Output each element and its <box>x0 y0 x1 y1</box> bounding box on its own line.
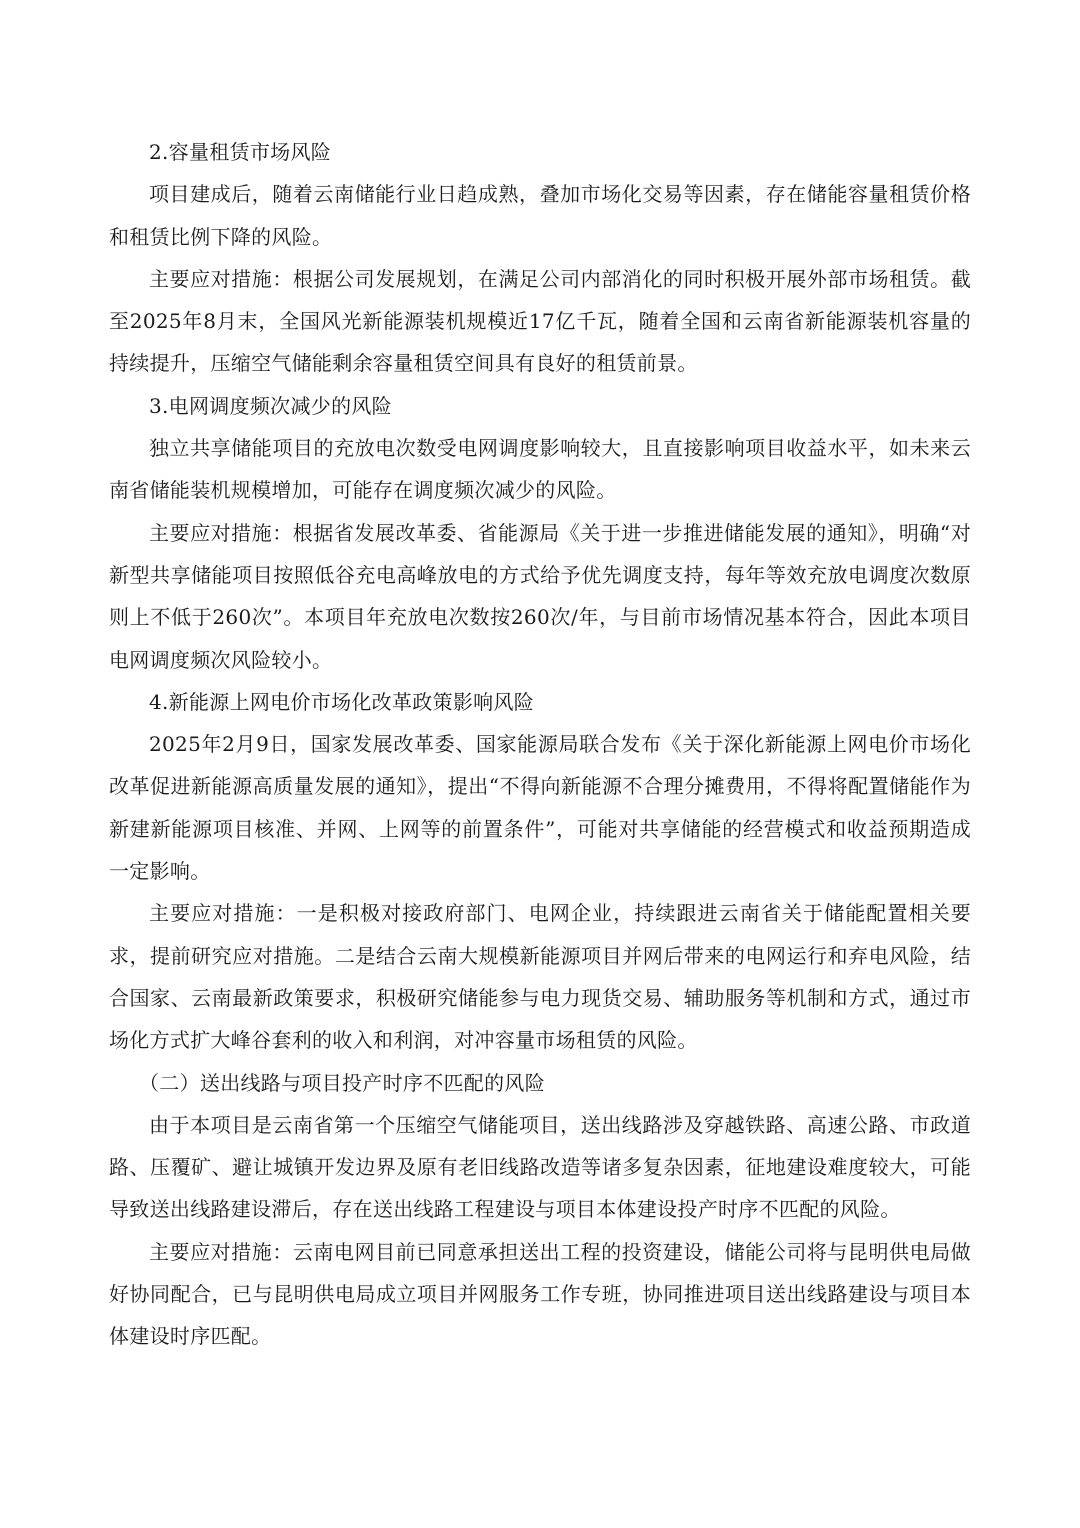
section-heading-capacity-leasing-risk: 2.容量租赁市场风险 <box>109 131 971 173</box>
section-heading-transmission-line-timing-risk: （二）送出线路与项目投产时序不匹配的风险 <box>109 1062 971 1104</box>
paragraph-transmission-line-countermeasures: 主要应对措施：云南电网目前已同意承担送出工程的投资建设，储能公司将与昆明供电局做… <box>109 1231 971 1358</box>
paragraph-pricing-reform-risk-description: 2025年2月9日，国家发展改革委、国家能源局联合发布《关于深化新能源上网电价市… <box>109 723 971 892</box>
section-heading-dispatch-frequency-risk: 3.电网调度频次减少的风险 <box>109 385 971 427</box>
paragraph-dispatch-frequency-risk-description: 独立共享储能项目的充放电次数受电网调度影响较大，且直接影响项目收益水平，如未来云… <box>109 427 971 512</box>
paragraph-capacity-leasing-risk-description: 项目建成后，随着云南储能行业日趋成熟，叠加市场化交易等因素，存在储能容量租赁价格… <box>109 173 971 258</box>
paragraph-capacity-leasing-countermeasures: 主要应对措施：根据公司发展规划，在满足公司内部消化的同时积极开展外部市场租赁。截… <box>109 258 971 385</box>
document-page: 2.容量租赁市场风险 项目建成后，随着云南储能行业日趋成熟，叠加市场化交易等因素… <box>109 131 971 1358</box>
section-heading-pricing-reform-risk: 4.新能源上网电价市场化改革政策影响风险 <box>109 681 971 723</box>
paragraph-dispatch-frequency-countermeasures: 主要应对措施：根据省发展改革委、省能源局《关于进一步推进储能发展的通知》，明确“… <box>109 512 971 681</box>
paragraph-transmission-line-risk-description: 由于本项目是云南省第一个压缩空气储能项目，送出线路涉及穿越铁路、高速公路、市政道… <box>109 1104 971 1231</box>
paragraph-pricing-reform-countermeasures: 主要应对措施：一是积极对接政府部门、电网企业，持续跟进云南省关于储能配置相关要求… <box>109 892 971 1061</box>
